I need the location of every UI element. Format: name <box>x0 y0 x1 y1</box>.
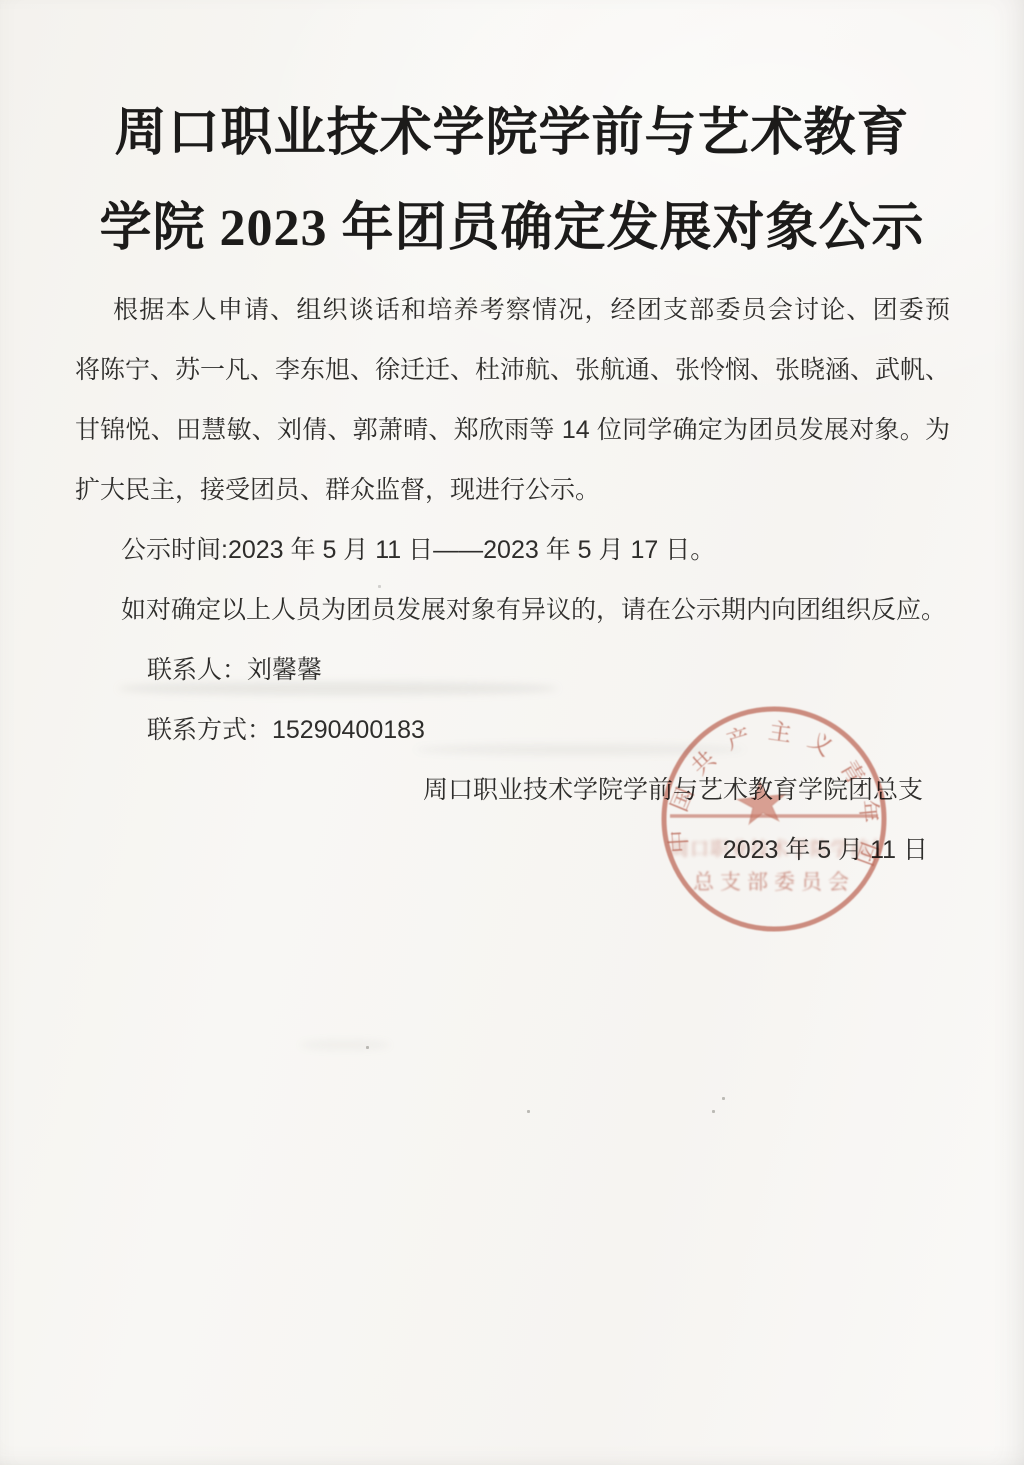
notice-title: 周口职业技术学院学前与艺术教育 学院 2023 年团员确定发展对象公示 <box>0 86 1024 276</box>
paragraph-1-line-2: 将陈宁、苏一凡、李东旭、徐迁迁、杜沛航、张航通、张怜悯、张晓涵、武帆、 <box>75 340 950 400</box>
scan-speck <box>722 1097 725 1100</box>
paragraph-1-line-4: 扩大民主，接受团员、群众监督，现进行公示。 <box>75 460 950 520</box>
notice-title-line1: 周口职业技术学院学前与艺术教育 <box>0 86 1024 181</box>
scan-smudge <box>300 1040 390 1050</box>
scan-smudge <box>118 682 558 695</box>
scan-speck <box>712 1110 715 1113</box>
scanned-notice-page: 周口职业技术学院学前与艺术教育 学院 2023 年团员确定发展对象公示 根据本人… <box>0 0 1024 1465</box>
notice-body: 根据本人申请、组织谈话和培养考察情况，经团支部委员会讨论、团委预审， 将陈宁、苏… <box>75 280 950 880</box>
scan-speck <box>366 1046 369 1049</box>
notice-title-line2: 学院 2023 年团员确定发展对象公示 <box>0 181 1024 276</box>
signature-date: 2023 年 5 月 11 日 <box>75 820 950 880</box>
scan-smudge <box>415 744 745 755</box>
paragraph-1-line-1: 根据本人申请、组织谈话和培养考察情况，经团支部委员会讨论、团委预审， <box>75 280 950 340</box>
publicity-period-line: 公示时间:2023 年 5 月 11 日——2023 年 5 月 17 日。 <box>75 520 950 580</box>
objection-line: 如对确定以上人员为团员发展对象有异议的，请在公示期内向团组织反应。 <box>75 580 950 640</box>
paragraph-1-line-3: 甘锦悦、田慧敏、刘倩、郭萧晴、郑欣雨等 14 位同学确定为团员发展对象。为 <box>75 400 950 460</box>
scan-speck <box>378 585 381 588</box>
signature-organization: 周口职业技术学院学前与艺术教育学院团总支 <box>75 760 950 820</box>
scan-speck <box>527 1110 530 1113</box>
